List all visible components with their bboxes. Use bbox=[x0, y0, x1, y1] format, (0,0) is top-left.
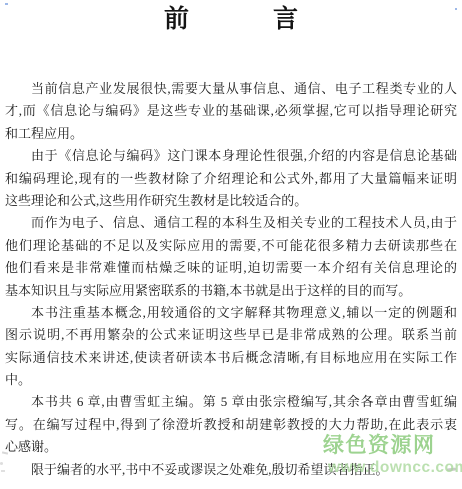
text-line: 中。 bbox=[5, 369, 457, 391]
text-line: 基本知识且与实际应用紧密联系的书籍,本书就是出于这样的目的而写。 bbox=[5, 280, 457, 302]
text-line: 本书注重基本概念,用较通俗的文字解释其物理意义,辅以一定的例题和 bbox=[5, 302, 457, 324]
text-line: 由于《信息论与编码》这门课本身理论性很强,介绍的内容是信息论基础 bbox=[5, 145, 457, 167]
scan-artifact bbox=[0, 462, 3, 465]
text-line: 写。在编写过程中,得到了徐澄圻教授和胡建彰教授的大力帮助,在此表示衷 bbox=[5, 414, 457, 436]
paragraph: 本书注重基本概念,用较通俗的文字解释其物理意义,辅以一定的例题和 图示说明,不再… bbox=[5, 302, 457, 392]
paragraph: 当前信息产业发展很快,需要大量从事信息、通信、电子工程类专业的人 才,而《信息论… bbox=[5, 78, 457, 145]
text-line: 才,而《信息论与编码》是这些专业的基础课,必须掌握,它可以指导理论研究 bbox=[5, 100, 457, 122]
title-char-qian: 前 bbox=[164, 5, 189, 35]
text-line: 和工程应用。 bbox=[5, 123, 457, 145]
text-line: 心感谢。 bbox=[5, 436, 457, 458]
paragraph: 由于《信息论与编码》这门课本身理论性很强,介绍的内容是信息论基础 和编码理论,现… bbox=[5, 145, 457, 212]
text-line: 实际通信技术来讲述,使读者研读本书后概念清晰,有目标地应用在实际工作 bbox=[5, 347, 457, 369]
page-title: 前 言 bbox=[0, 5, 462, 35]
paragraph: 限于编者的水平,书中不妥或谬误之处难免,殷切希望读者指正。 bbox=[5, 459, 457, 481]
text-line: 这些理论和公式,这些用作研究生教材是比较适合的。 bbox=[5, 190, 457, 212]
preface-body: 当前信息产业发展很快,需要大量从事信息、通信、电子工程类专业的人 才,而《信息论… bbox=[5, 78, 457, 481]
text-line: 他们理论基础的不足以及实际应用的需要,不可能花很多精力去研读那些在 bbox=[5, 235, 457, 257]
paragraph: 而作为电子、信息、通信工程的本科生及相关专业的工程技术人员,由于 他们理论基础的… bbox=[5, 212, 457, 302]
document-page: 前 言 当前信息产业发展很快,需要大量从事信息、通信、电子工程类专业的人 才,而… bbox=[0, 0, 462, 489]
text-line: 和编码理论,现有的一些教材除了介绍理论和公式外,都用了大量篇幅来证明 bbox=[5, 168, 457, 190]
title-char-yan: 言 bbox=[273, 5, 298, 35]
text-line: 限于编者的水平,书中不妥或谬误之处难免,殷切希望读者指正。 bbox=[5, 459, 457, 481]
text-line: 图示说明,不再用繁杂的公式来证明这些早已是非常成熟的公理。联系当前 bbox=[5, 324, 457, 346]
text-line: 本书共 6 章,由曹雪虹主编。第 5 章由张宗橙编写,其余各章由曹雪虹编 bbox=[5, 391, 457, 413]
text-line: 他们看来是非常难懂而枯燥乏味的证明,迫切需要一本介绍有关信息理论的 bbox=[5, 257, 457, 279]
paragraph: 本书共 6 章,由曹雪虹主编。第 5 章由张宗橙编写,其余各章由曹雪虹编 写。在… bbox=[5, 391, 457, 458]
text-line: 而作为电子、信息、通信工程的本科生及相关专业的工程技术人员,由于 bbox=[5, 212, 457, 234]
text-line: 当前信息产业发展很快,需要大量从事信息、通信、电子工程类专业的人 bbox=[5, 78, 457, 100]
